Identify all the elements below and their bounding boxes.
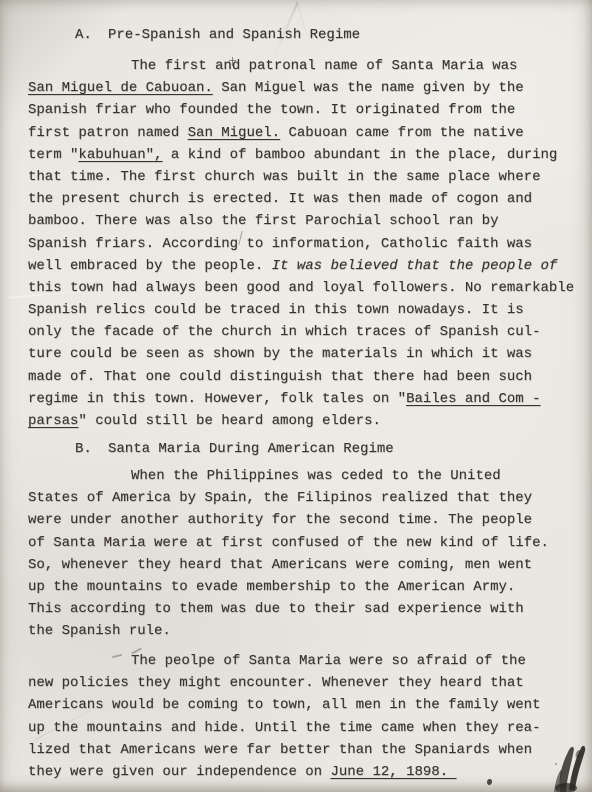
text-line: When the Philippines was ceded to the Un…	[28, 465, 549, 487]
text-line: that time. The first church was built in…	[28, 166, 574, 188]
text-line: This according to them was due to their …	[28, 598, 549, 620]
text-line: The peolpe of Santa Maria were so afraid…	[28, 650, 540, 672]
paragraph-american-regime-2: The peolpe of Santa Maria were so afraid…	[28, 650, 540, 783]
text-segment: bamboo. There was also the first Parochi…	[28, 213, 498, 229]
text-line: first patron named San Miguel. Cabuoan c…	[28, 122, 574, 144]
text-segment: The first and patronal name of Santa Mar…	[131, 58, 517, 74]
text-line: well embraced by the people. It was beli…	[28, 255, 574, 277]
text-segment: this town had always been good and loyal…	[28, 280, 574, 296]
text-line: term "kabuhuan", a kind of bamboo abunda…	[28, 144, 574, 166]
text-segment: When the Philippines was ceded to the Un…	[131, 468, 501, 484]
text-line: regime in this town. However, folk tales…	[28, 388, 574, 410]
text-line: Spanish friars. According to information…	[28, 233, 574, 255]
text-segment: well embraced by the people.	[28, 258, 272, 274]
text-segment: regime in this town. However, folk tales…	[28, 391, 406, 407]
text-segment: term "	[28, 147, 78, 163]
text-segment: June 12, 1898.	[330, 764, 456, 780]
text-line: parsas" could still be heard among elder…	[28, 410, 574, 432]
text-line: States of America by Spain, the Filipino…	[28, 487, 549, 509]
text-segment: San Miguel de Cabuoan.	[28, 80, 213, 96]
text-line: The first and patronal name of Santa Mar…	[28, 55, 574, 77]
text-line: Spanish friar who founded the town. It o…	[28, 99, 574, 121]
section-label: A.	[75, 24, 108, 46]
text-segment: first patron named	[28, 125, 188, 141]
text-line: were under another authority for the sec…	[28, 509, 549, 531]
text-line: lized that Americans were far better tha…	[28, 739, 540, 761]
section-heading-b: B.Santa Maria During American Regime	[75, 438, 394, 460]
text-segment: lized that Americans were far better tha…	[28, 742, 532, 758]
text-segment: So, whenever they heard that Americans w…	[28, 557, 532, 573]
text-segment: kabuhuan",	[78, 147, 162, 163]
text-segment: Bailes and Com -	[406, 391, 540, 407]
text-line: of Santa Maria were at first confused of…	[28, 532, 549, 554]
text-segment: Spanish relics could be traced in this t…	[28, 302, 524, 318]
text-segment: San Miguel was the name given by the	[213, 80, 524, 96]
text-segment: a kind of bamboo abundant in the place, …	[162, 147, 557, 163]
text-segment: they were given our independence on	[28, 764, 330, 780]
text-segment: that time. The first church was built in…	[28, 169, 540, 185]
text-segment: Americans would be coming to town, all m…	[28, 697, 540, 713]
text-segment: up the mountains and hide. Until the tim…	[28, 720, 540, 736]
text-segment: new policies they might encounter. Whene…	[28, 675, 524, 691]
text-line: San Miguel de Cabuoan. San Miguel was th…	[28, 77, 574, 99]
text-segment: " could still be heard among elders.	[78, 413, 380, 429]
text-line: So, whenever they heard that Americans w…	[28, 554, 549, 576]
text-line: they were given our independence on June…	[28, 761, 540, 783]
text-line: Spanish relics could be traced in this t…	[28, 299, 574, 321]
paragraph-pre-spanish: The first and patronal name of Santa Mar…	[28, 55, 574, 432]
text-segment: the Spanish rule.	[28, 623, 171, 639]
text-segment: It was believed that the people of	[272, 258, 558, 274]
section-heading-a: A.Pre-Spanish and Spanish Regime	[75, 24, 360, 46]
text-segment: only the facade of the church in which t…	[28, 324, 540, 340]
text-segment: The peolpe of Santa Maria were so afraid…	[131, 653, 526, 669]
text-line: new policies they might encounter. Whene…	[28, 672, 540, 694]
text-line: Americans would be coming to town, all m…	[28, 694, 540, 716]
section-label: B.	[75, 438, 108, 460]
text-line: this town had always been good and loyal…	[28, 277, 574, 299]
text-line: ture could be seen as shown by the mater…	[28, 343, 574, 365]
text-segment: Spanish friar who founded the town. It o…	[28, 102, 515, 118]
text-segment: up the mountains to evade membership to …	[28, 579, 515, 595]
section-title: Santa Maria During American Regime	[108, 438, 394, 460]
text-segment: of Santa Maria were at first confused of…	[28, 535, 549, 551]
ink-speck	[487, 779, 492, 785]
text-segment: This according to them was due to their …	[28, 601, 524, 617]
text-line: only the facade of the church in which t…	[28, 321, 574, 343]
text-segment: San Miguel.	[188, 125, 280, 141]
paragraph-american-regime-1: When the Philippines was ceded to the Un…	[28, 465, 549, 643]
text-segment: Spanish friars. According to information…	[28, 236, 532, 252]
text-segment: ture could be seen as shown by the mater…	[28, 346, 532, 362]
text-segment: were under another authority for the sec…	[28, 512, 532, 528]
section-title: Pre-Spanish and Spanish Regime	[108, 24, 360, 46]
document-page: A.Pre-Spanish and Spanish Regime The fir…	[0, 0, 592, 792]
text-segment: parsas	[28, 413, 78, 429]
text-segment: States of America by Spain, the Filipino…	[28, 490, 532, 506]
text-line: up the mountains and hide. Until the tim…	[28, 717, 540, 739]
text-line: the Spanish rule.	[28, 620, 549, 642]
text-segment: made of. That one could distinguish that…	[28, 369, 532, 385]
text-line: up the mountains to evade membership to …	[28, 576, 549, 598]
text-line: made of. That one could distinguish that…	[28, 366, 574, 388]
text-segment: the present church is erected. It was th…	[28, 191, 532, 207]
text-line: bamboo. There was also the first Parochi…	[28, 210, 574, 232]
text-line: the present church is erected. It was th…	[28, 188, 574, 210]
text-segment: Cabuoan came from the native	[280, 125, 524, 141]
